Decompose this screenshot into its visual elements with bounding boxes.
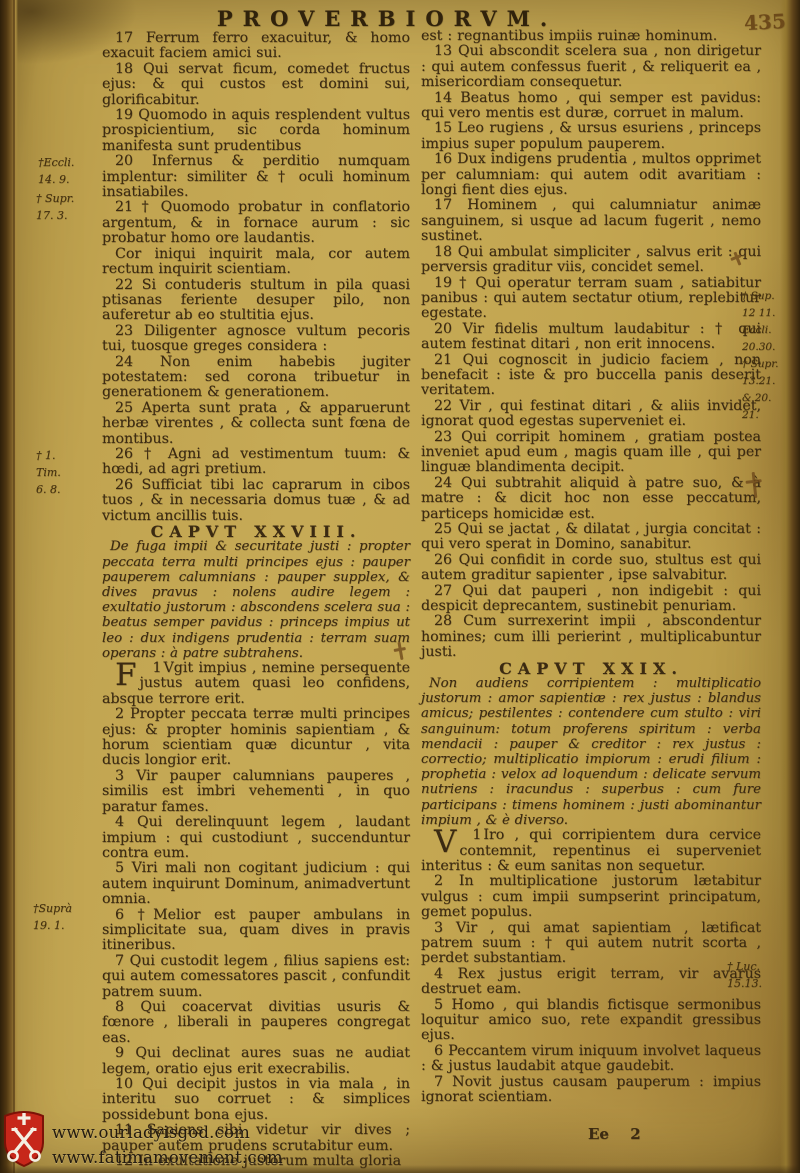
watermark-url-2: www.fatimamovement.com <box>52 1145 283 1170</box>
verse-paragraph: 23 Qui corripit hominem , gratiam postea… <box>421 430 761 476</box>
verse-paragraph: 23 Diligenter agnosce vultum pecoris tui… <box>102 324 410 355</box>
verse-paragraph: 16 Dux indigens prudentia , multos oppri… <box>421 152 761 198</box>
left-text-column: 17 Ferrum ferro exacuitur, & homo exacui… <box>102 31 410 1169</box>
verse-paragraph: 21 † Quomodo probatur in conflatorio arg… <box>102 200 410 246</box>
verse-paragraph: 27 Qui dat pauperi , non indigebit : qui… <box>421 584 761 615</box>
book-page-scan: PROVERBIORVM. 435 17 Ferrum ferro exacui… <box>0 0 800 1173</box>
margin-note-supra-19: †Suprà 19. 1. <box>33 900 72 934</box>
margin-note-eccli: †Eccli. 14. 9. <box>38 154 74 188</box>
handwritten-cross-mark-icon <box>745 471 764 499</box>
verse-paragraph: 7 Novit justus causam pauperum : impius … <box>421 1075 761 1106</box>
drop-cap-initial: V <box>421 828 459 855</box>
verse-paragraph: 14 Beatus homo , qui semper est pavidus:… <box>421 91 761 122</box>
verse-paragraph: 21 Qui cognoscit in judicio faciem , non… <box>421 353 761 399</box>
verse-text: Vgit impius , nemine persequente justus … <box>102 660 410 707</box>
drop-cap-initial: F <box>102 661 140 688</box>
chapter-heading-xxix: CAPVT XXIX. <box>421 661 761 676</box>
right-text-column: est : regnantibus impiis ruinæ hominum. … <box>421 29 761 1105</box>
verse-paragraph: 2 In multiplicatione justorum lætabitur … <box>421 874 761 920</box>
verse-paragraph: 4 Qui derelinquunt legem , laudant impiu… <box>102 815 410 861</box>
margin-note-1-tim: † 1. Tim. 6. 8. <box>36 447 61 498</box>
verse-paragraph: 18 Qui ambulat simpliciter , salvus erit… <box>421 245 761 276</box>
verse-paragraph-dropcap: 1VIro , qui corripientem dura cervice co… <box>421 828 761 874</box>
verse-paragraph: 19 Quomodo in aquis resplendent vultus p… <box>102 108 410 154</box>
book-gutter <box>0 0 18 1173</box>
watermark-url-1: www.ourladyisgod.com <box>52 1120 283 1145</box>
margin-note-supr-17: † Supr. 17. 3. <box>36 190 74 224</box>
verse-number: 1 <box>472 827 483 843</box>
chapter-argument: De fuga impii & securitate justi : propt… <box>102 539 410 661</box>
verse-paragraph: 5 Viri mali non cogitant judicium : qui … <box>102 861 410 907</box>
verse-paragraph: 25 Aperta sunt prata , & apparuerunt her… <box>102 401 410 447</box>
crossed-keys-shield-icon <box>2 1106 46 1168</box>
verse-paragraph: 19 † Qui operatur terram suam , satiabit… <box>421 276 761 322</box>
verse-paragraph: 6 †Melior est pauper ambulans in simplic… <box>102 908 410 954</box>
verse-paragraph: 9 Qui declinat aures suas ne audiat lege… <box>102 1046 410 1077</box>
chapter-argument: Non audiens corripientem : multiplicatio… <box>421 676 761 828</box>
verse-paragraph: 17 Ferrum ferro exacuitur, & homo exacui… <box>102 31 410 62</box>
verse-paragraph: 2 Propter peccata terræ multi principes … <box>102 707 410 769</box>
verse-paragraph: 8 Qui coacervat divitias usuris & fœnore… <box>102 1000 410 1046</box>
verse-paragraph: 18 Qui servat ficum, comedet fructus eju… <box>102 62 410 108</box>
verse-paragraph: 4 Rex justus erigit terram, vir avarus d… <box>421 967 761 998</box>
verse-paragraph: 15 Leo rugiens , & ursus esuriens , prin… <box>421 121 761 152</box>
verse-paragraph: 3 Vir pauper calumnians pauperes , simil… <box>102 769 410 815</box>
verse-paragraph: 7 Qui custodit legem , filius sapiens es… <box>102 954 410 1000</box>
verse-paragraph: 26 † Agni ad vestimentum tuum: & hœdi, a… <box>102 447 410 478</box>
verse-paragraph: 17 Hominem , qui calumniatur animæ sangu… <box>421 198 761 244</box>
verse-paragraph: 6 Peccantem virum iniquum involvet laque… <box>421 1044 761 1075</box>
verse-paragraph: 26 Sufficiat tibi lac caprarum in cibos … <box>102 478 410 524</box>
verse-paragraph: 25 Qui se jactat , & dilatat , jurgia co… <box>421 522 761 553</box>
verse-paragraph: 20 Infernus & perditio numquam implentur… <box>102 154 410 200</box>
page-edge-right <box>780 0 800 1173</box>
signature-mark: Ee 2 <box>588 1125 641 1143</box>
verse-paragraph: 3 Vir , qui amat sapientiam , lætificat … <box>421 921 761 967</box>
verse-paragraph: 22 Si contuderis stultum in pila quasi p… <box>102 278 410 324</box>
verse-paragraph: 24 Qui subtrahit aliquid à patre suo, & … <box>421 476 761 522</box>
watermark: www.ourladyisgod.com www.fatimamovement.… <box>2 1106 283 1170</box>
verse-number: 1 <box>153 660 164 676</box>
verse-paragraph: 20 Vir fidelis multum laudabitur : † qui… <box>421 322 761 353</box>
gutter-line <box>13 0 15 1173</box>
verse-paragraph: 26 Qui confidit in corde suo, stultus es… <box>421 553 761 584</box>
chapter-heading-xxviii: CAPVT XXVIII. <box>102 524 410 539</box>
margin-note-luc: † Luc. 15.13. <box>727 958 762 992</box>
verse-paragraph: 24 Non enim habebis jugiter potestatem: … <box>102 355 410 401</box>
verse-paragraph: 5 Homo , qui blandis fictisque sermonibu… <box>421 998 761 1044</box>
verse-paragraph: 28 Cum surrexerint impii , abscondentur … <box>421 614 761 660</box>
verse-paragraph-dropcap: 1FVgit impius , nemine persequente justu… <box>102 661 410 707</box>
verse-paragraph: Cor iniqui inquirit mala, cor autem rect… <box>102 247 410 278</box>
margin-note-sup-eccli: † Sup. 12 11. Eccli. 20.30. † Supr. 13.2… <box>742 288 778 424</box>
verse-paragraph: 13 Qui abscondit scelera sua , non dirig… <box>421 44 761 90</box>
verse-paragraph: 22 Vir , qui festinat ditari , & aliis i… <box>421 399 761 430</box>
verse-continuation: est : regnantibus impiis ruinæ hominum. <box>421 29 761 44</box>
